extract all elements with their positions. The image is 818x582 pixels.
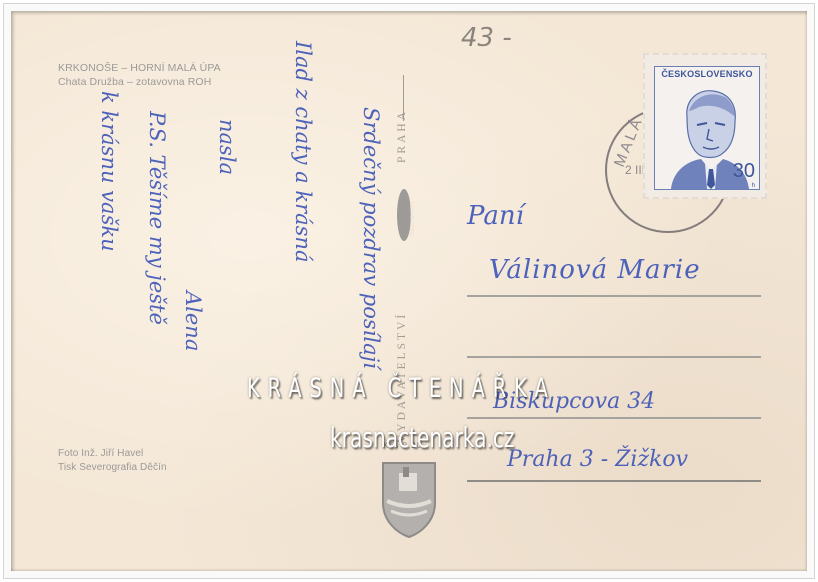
caption-credits: Foto Inž. Jiří Havel Tisk Severografia D… [58,447,167,475]
address-city: Praha 3 - Žižkov [507,447,688,472]
address-recipient: Válinová Marie [489,255,701,285]
postmark-date: 2 III [625,163,645,177]
tourism-fee-stamp-icon [369,451,449,541]
stamp-country: ČESKOSLOVENSKO [655,69,759,79]
address-line-4 [467,480,761,482]
caption-top: KRKONOŠE – HORNÍ MALÁ ÚPA Chata Družba –… [58,61,221,89]
postcard: KRKONOŠE – HORNÍ MALÁ ÚPA Chata Družba –… [11,11,807,571]
message-line-5: P.S. Těšíme my ještě [145,111,169,325]
message-line-3: nasla [215,119,239,175]
stamp-unit: h [752,183,755,189]
stamp-value: 30 [733,160,755,183]
pressfoto-logo-text: PRESSFOTO [410,202,416,235]
address-line-3 [467,417,761,419]
address-line-2 [467,356,761,358]
caption-location: KRKONOŠE – HORNÍ MALÁ ÚPA [58,61,221,75]
message-line-6: k krásnu vašku [97,91,121,252]
postage-stamp: ČESKOSLOVENSKO 30 h [643,53,767,199]
address-line-1 [467,295,761,297]
watermark-title: KRÁSNÁ ČTENÁŘKA [247,373,556,404]
pressfoto-logo-icon: PRESSFOTO [397,189,411,241]
print-credit: Tisk Severografia Děčín [58,461,167,475]
pencil-note: 43 - [461,23,512,53]
publisher-city: PRAHA [396,109,408,163]
address-salutation: Paní [467,201,524,231]
photo-credit: Foto Inž. Jiří Havel [58,447,167,461]
watermark-url[interactable]: krasnactenarka.cz [330,421,515,454]
message-line-1: Srdečný pozdrav posílají [359,107,383,369]
stamp-face: ČESKOSLOVENSKO 30 h [654,66,760,190]
message-line-4: Alena [181,291,205,351]
caption-subtitle: Chata Družba – zotavovna ROH [58,75,221,89]
message-line-2: Ilad z chaty a krásná [291,41,315,262]
